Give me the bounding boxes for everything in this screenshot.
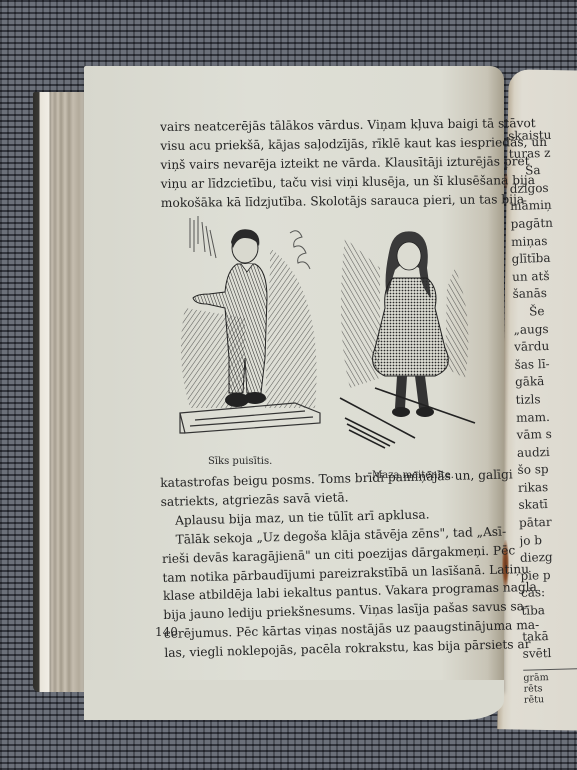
girl-illustration [335, 208, 485, 453]
text-line: cās: [521, 583, 577, 603]
text-line: rikas [518, 478, 577, 498]
text-line: Sa [509, 161, 577, 181]
text-line: takā [522, 626, 577, 646]
text-line: šas lī- [514, 355, 577, 375]
girl-engraving-icon [335, 208, 485, 453]
text-line: skaistu [508, 126, 577, 146]
text-line: tizls [515, 390, 577, 410]
text-line: šanās [512, 284, 577, 304]
text-line: glītība [511, 249, 577, 269]
text-line: pagātn [510, 214, 577, 234]
text-line: gākā [515, 372, 577, 392]
text-line: vām s [516, 425, 577, 445]
left-page-bottom-curl [84, 680, 504, 720]
top-paragraph: vairs neatcerējās tālākos vārdus. Viņam … [160, 115, 491, 213]
bottom-paragraphs: katastrofas beigu posms. Toms brīdi pamī… [160, 466, 495, 663]
text-line: svētl [522, 644, 577, 664]
text-line: dzīgos [509, 179, 577, 199]
illustrations: Sīks puisītis. Maza meitenīte. [175, 208, 485, 476]
text-line: diezg [520, 548, 577, 568]
text-line: turas z [508, 144, 577, 164]
text-line: audzi [517, 443, 577, 463]
text-line: „augs [513, 320, 577, 340]
text-line: pie p [520, 566, 577, 586]
text-line: māmiņ [510, 196, 577, 216]
text-line: un atš [512, 267, 577, 287]
footnote-divider [523, 668, 577, 671]
text-line: Še [513, 302, 577, 322]
text-line: pātar [519, 513, 577, 533]
text-line: jo b [519, 531, 577, 551]
footnote-line: rētu [524, 693, 577, 706]
text-line: skatī [518, 495, 577, 515]
text-line: tība [521, 601, 577, 621]
figure-caption-boy: Sīks puisītis. [208, 456, 272, 467]
page-number: 140 [155, 625, 178, 639]
text-line: vārdu [514, 337, 577, 357]
text-line: šo sp [517, 460, 577, 480]
text-line: miņas [511, 232, 577, 252]
text-line: mam. [516, 407, 577, 427]
book-page-edges [33, 92, 85, 692]
boy-engraving-icon [175, 208, 325, 453]
boy-illustration [175, 208, 325, 453]
